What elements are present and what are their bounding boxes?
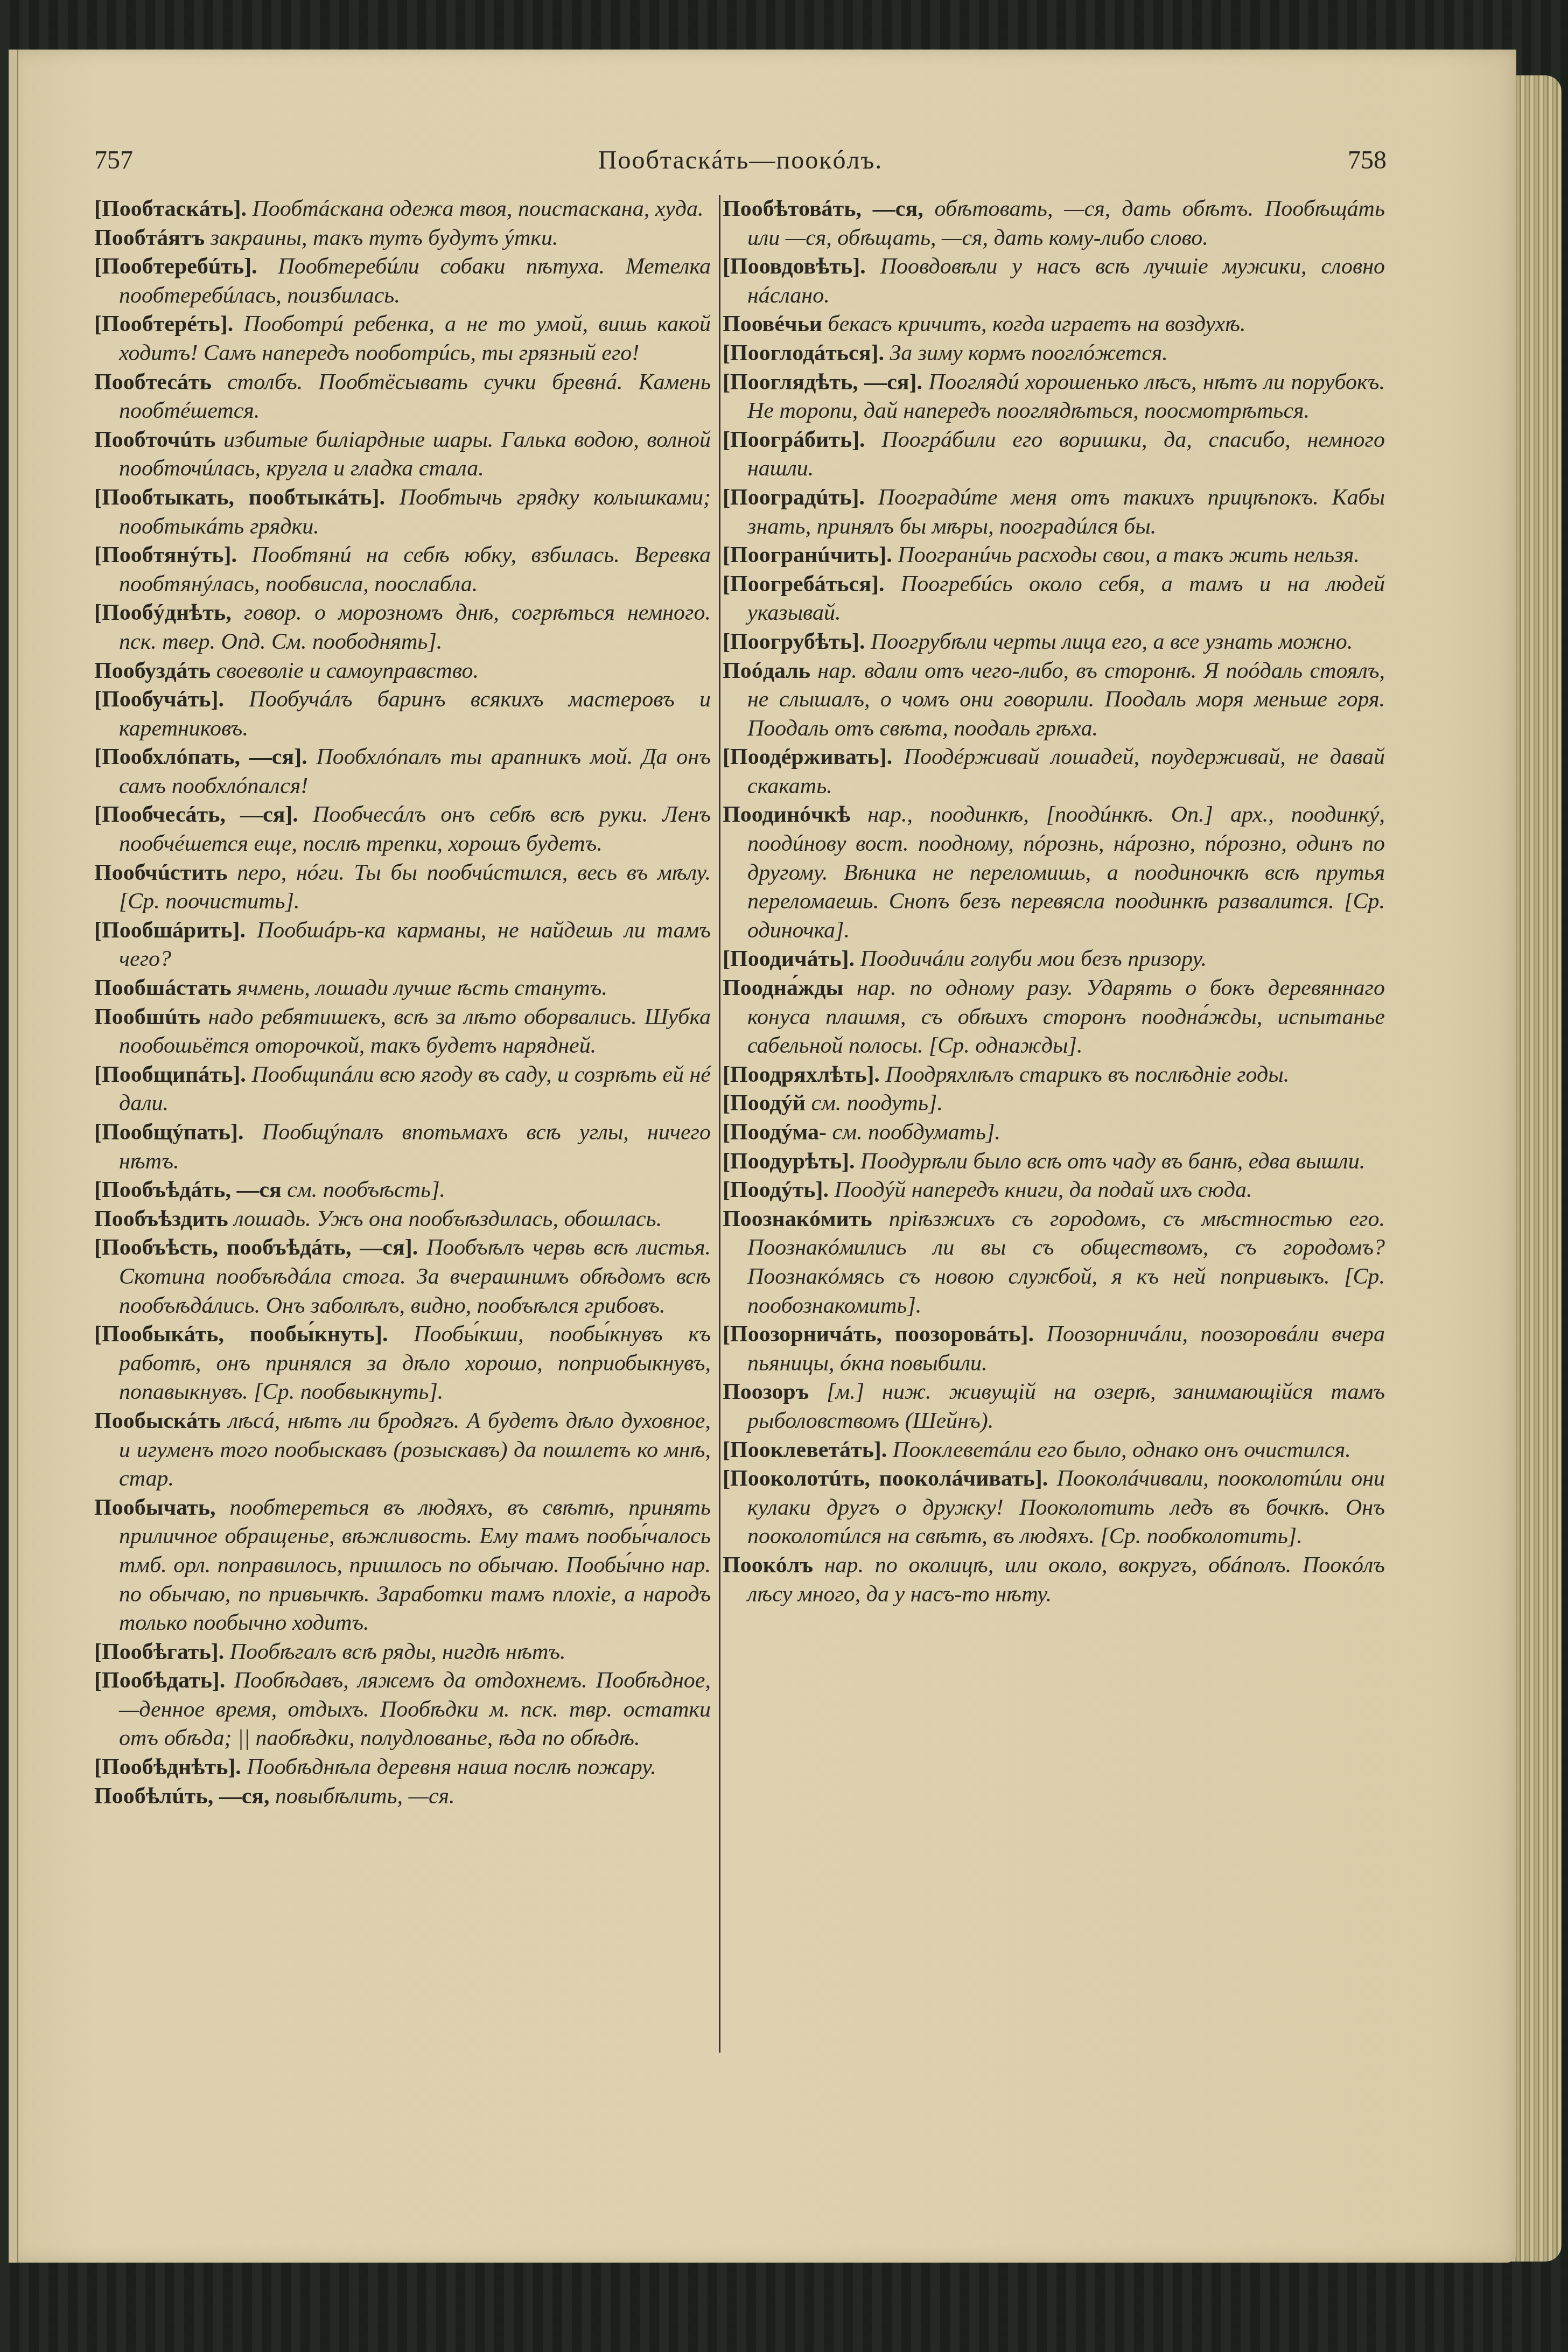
- entry-headword: Поокóлъ: [723, 1553, 813, 1578]
- entry-definition: Поодýй напередъ книги, да подай ихъ сюда…: [835, 1178, 1252, 1202]
- dictionary-entry: [Поодéрживать]. Поодéрживай лошадей, поу…: [723, 743, 1385, 801]
- dictionary-entry: Пообѣтовáть, —ся, обѣтовать, —ся, дать о…: [723, 195, 1385, 253]
- right-column: Пообѣтовáть, —ся, обѣтовать, —ся, дать о…: [723, 195, 1385, 1609]
- dictionary-entry: Поокóлъ нар. по околицѣ, или около, вокр…: [723, 1551, 1385, 1609]
- entry-definition: нар. вдали отъ чего-либо, въ сторонѣ. Я …: [747, 659, 1385, 741]
- entry-definition: своеволіе и самоуправство.: [216, 659, 479, 683]
- entry-headword: [Поoглодáться].: [723, 341, 884, 366]
- entry-definition: Пообтáскана одежа твоя, поистаскана, худ…: [252, 197, 703, 221]
- entry-headword: Пообшúть: [94, 1005, 200, 1030]
- entry-headword: [Поодýй: [723, 1091, 806, 1116]
- dictionary-entry: [Пооколотúть, поокoлáчивать]. Поокoлáчив…: [723, 1465, 1385, 1551]
- dictionary-entry: [Поодýть]. Поодýй напередъ книги, да под…: [723, 1176, 1385, 1205]
- dictionary-entry: Поодна́жды нар. по одному разу. Ударять …: [723, 974, 1385, 1061]
- page-gutter: [9, 50, 18, 2263]
- dictionary-entry: [Пообщýпать]. Пообщýпалъ впотьмахъ всѣ у…: [94, 1118, 711, 1176]
- entry-headword: [Пообтерéть].: [94, 312, 233, 337]
- dictionary-entry: [Пообѣдать]. Пообѣдавъ, ляжемъ да отдохн…: [94, 1667, 711, 1753]
- entry-definition: повыбѣлить, —ся.: [275, 1784, 455, 1809]
- entry-definition: надо ребятишекъ, всѣ за лѣто оборвались.…: [119, 1005, 711, 1059]
- entry-definition: нар. по одному разу. Ударять о бокъ дере…: [747, 976, 1385, 1058]
- entry-headword: Пообуздáть: [94, 659, 211, 683]
- entry-headword: [Поoглядѣть, —ся].: [723, 370, 922, 395]
- dictionary-entry: [Пообýднѣть, говор. о морозномъ днѣ, сог…: [94, 599, 711, 656]
- entry-headword: Пообыскáть: [94, 1409, 221, 1433]
- dictionary-entry: [Поодичáть]. Поодичáли голуби мои безъ п…: [723, 945, 1385, 974]
- dictionary-entry: Пообтесáть столбъ. Пообтёсывать сучки бр…: [94, 368, 711, 426]
- dictionary-entry: [Пообхлóпать, —ся]. Пообхлóпалъ ты арапн…: [94, 743, 711, 801]
- entry-headword: [Поодýть].: [723, 1178, 829, 1202]
- dictionary-entry: [Поoградúть]. Поoградúте меня отъ такихъ…: [723, 484, 1385, 541]
- dictionary-entry: [Пообтянýть]. Пообтянú на себѣ юбку, взб…: [94, 541, 711, 599]
- entry-headword: [Поoгребáться].: [723, 572, 884, 597]
- column-divider: [719, 195, 720, 2053]
- entry-headword: [Пообýднѣть,: [94, 600, 232, 625]
- entry-definition: Поoгранúчь расходы свои, а такъ жить нел…: [898, 543, 1359, 568]
- entry-headword: [Поoгрáбить].: [723, 428, 865, 452]
- entry-headword: [Поодéрживать].: [723, 745, 892, 769]
- dictionary-entry: Пообтáятъ закраины, такъ тутъ будутъ ýтк…: [94, 224, 711, 253]
- left-column: [Пообтаскáть]. Пообтáскана одежа твоя, п…: [94, 195, 711, 1811]
- page-header: 757 Пообтаскáть—поокóлъ. 758: [94, 145, 1387, 188]
- entry-definition: закраины, такъ тутъ будутъ ýтки.: [211, 226, 558, 250]
- entry-definition: Пооклеветáли его было, однако онъ очисти…: [893, 1438, 1351, 1462]
- entry-definition: Поодурѣли было всѣ отъ чаду въ банѣ, едв…: [860, 1149, 1365, 1174]
- entry-headword: Пообъѣздить: [94, 1207, 228, 1231]
- dictionary-entry: Пообъѣздить лошадь. Ужъ она пообъѣздилас…: [94, 1205, 711, 1234]
- dictionary-entry: [Поодурѣть]. Поодурѣли было всѣ отъ чаду…: [723, 1147, 1385, 1177]
- entry-headword: Поознакóмить: [723, 1207, 872, 1231]
- entry-headword: Пообшáстать: [94, 976, 232, 1000]
- dictionary-entry: [Пообтаскáть]. Пообтáскана одежа твоя, п…: [94, 195, 711, 224]
- dictionary-entry: [Пообъѣсть, пообъѣдáть, —ся]. Пообъѣлъ ч…: [94, 1234, 711, 1320]
- entry-definition: бекасъ кричитъ, когда играетъ на воздухѣ…: [828, 312, 1246, 337]
- entry-definition: Поодичáли голуби мои безъ призору.: [860, 947, 1207, 971]
- dictionary-entry: Пообшáстать ячмень, лошади лучше ѣсть ст…: [94, 974, 711, 1003]
- entry-headword: [Пооколотúть, поокoлáчивать].: [723, 1466, 1048, 1491]
- entry-definition: см. поодуть].: [811, 1091, 943, 1116]
- dictionary-entry: [Поозорничáть, поозоровáть]. Поозорничáл…: [723, 1320, 1385, 1378]
- entry-headword: Поóдаль: [723, 659, 810, 683]
- dictionary-entry: Поодинóчкѣ нар., поодинкѣ, [поодúнкѣ. Оп…: [723, 801, 1385, 945]
- dictionary-entry: Поознакóмить пріѣзжихъ съ городомъ, съ м…: [723, 1205, 1385, 1320]
- entry-headword: [Пообхлóпать, —ся].: [94, 745, 307, 769]
- entry-headword: Пообтáятъ: [94, 226, 205, 250]
- entry-headword: [Поодурѣть].: [723, 1149, 855, 1174]
- dictionary-entry: [Поодýй см. поодуть].: [723, 1089, 1385, 1118]
- entry-headword: [Пообтаскáть].: [94, 197, 247, 221]
- entry-headword: [Пообтянýть].: [94, 543, 237, 568]
- entry-definition: [м.] ниж. живущій на озерѣ, занимающійся…: [747, 1380, 1385, 1433]
- dictionary-entry: Пообыскáть лѣсá, нѣтъ ли бродягъ. А буде…: [94, 1407, 711, 1494]
- entry-headword: [Пообчесáть, —ся].: [94, 802, 298, 827]
- dictionary-entry: [Поодряхлѣть]. Поодряхлѣлъ старикъ въ по…: [723, 1061, 1385, 1090]
- dictionary-entry: [Поoгребáться]. Поoгребúсь около себя, а…: [723, 570, 1385, 628]
- entry-headword: [Поодряхлѣть].: [723, 1062, 880, 1087]
- entry-headword: [Поодýма-: [723, 1120, 827, 1145]
- dictionary-entry: [Пообтыкать, пообтыкáть]. Пообтычь грядк…: [94, 484, 711, 541]
- entry-headword: [Пообтыкать, пообтыкáть].: [94, 485, 385, 510]
- entry-headword: [Пооклеветáть].: [723, 1438, 887, 1462]
- dictionary-entry: Поовéчьи бекасъ кричитъ, когда играетъ н…: [723, 310, 1385, 339]
- entry-headword: [Пообщипáть].: [94, 1062, 246, 1087]
- entry-headword: Поодинóчкѣ: [723, 802, 850, 827]
- dictionary-entry: [Пообщипáть]. Пообщипáли всю ягоду въ са…: [94, 1061, 711, 1118]
- dictionary-entry: [Пообтерéть]. Пооботрú ребенка, а не то …: [94, 310, 711, 368]
- entry-headword: [Поoгрубѣть].: [723, 629, 865, 654]
- dictionary-entry: Пообуздáть своеволіе и самоуправство.: [94, 657, 711, 686]
- entry-headword: [Пообыкáть, пообы́кнуть].: [94, 1322, 388, 1347]
- dictionary-entry: [Пооклеветáть]. Пооклеветáли его было, о…: [723, 1436, 1385, 1465]
- dictionary-entry: [Пообѣднѣть]. Пообѣднѣла деревня наша по…: [94, 1753, 711, 1782]
- entry-headword: [Пообучáть].: [94, 687, 224, 712]
- dictionary-entry: [Поoгранúчить]. Поoгранúчь расходы свои,…: [723, 541, 1385, 570]
- entry-definition: Пообѣгалъ всѣ ряды, нигдѣ нѣтъ.: [230, 1640, 566, 1664]
- entry-definition: лошадь. Ужъ она пообъѣздилась, обошлась.: [234, 1207, 662, 1231]
- entry-headword: [Пообъѣдáть, —ся: [94, 1178, 282, 1202]
- dictionary-entry: [Поовдовѣть]. Поовдовѣли у насъ всѣ лучш…: [723, 253, 1385, 310]
- entry-headword: Пообчúстить: [94, 860, 227, 885]
- entry-headword: [Пообѣдать].: [94, 1668, 225, 1693]
- entry-definition: нар. по околицѣ, или около, вокругъ, обá…: [747, 1553, 1385, 1607]
- entry-definition: Пообѣднѣла деревня наша послѣ пожару.: [247, 1755, 656, 1780]
- entry-headword: Пообточúть: [94, 428, 216, 452]
- dictionary-entry: [Поодýма- см. пообдумать].: [723, 1118, 1385, 1147]
- entry-headword: [Поoградúть].: [723, 485, 865, 510]
- dictionary-entry: Пообычать, пообтереться въ людяхъ, въ св…: [94, 1494, 711, 1638]
- dictionary-entry: [Пообтеребúть]. Пообтеребúли собаки пѣту…: [94, 253, 711, 310]
- entry-headword: Пообѣтовáть, —ся,: [723, 197, 923, 221]
- dictionary-entry: [Поoгрубѣть]. Поoгрубѣли черты лица его,…: [723, 628, 1385, 657]
- entry-definition: см. пообъѣсть].: [287, 1178, 445, 1202]
- entry-definition: см. пообдумать].: [832, 1120, 1000, 1145]
- entry-headword: Поодна́жды: [723, 976, 843, 1000]
- entry-headword: [Поодичáть].: [723, 947, 855, 971]
- running-title: Пообтаскáть—поокóлъ.: [94, 145, 1387, 175]
- entry-headword: Пообычать,: [94, 1495, 215, 1520]
- page-number-right: 758: [1348, 145, 1387, 175]
- dictionary-entry: [Пообучáть]. Пообучáлъ баринъ всякихъ ма…: [94, 685, 711, 743]
- entry-headword: Пообтесáть: [94, 370, 212, 395]
- dictionary-entry: [Пообыкáть, пообы́кнуть]. Пообы́кши, поо…: [94, 1320, 711, 1407]
- dictionary-entry: Поозоръ [м.] ниж. живущій на озерѣ, зани…: [723, 1378, 1385, 1436]
- dictionary-entry: Пообточúть избитые биліардные шары. Галь…: [94, 426, 711, 484]
- entry-headword: [Поoгранúчить].: [723, 543, 892, 568]
- dictionary-entry: [Пообчесáть, —ся]. Пообчесáлъ онъ себѣ в…: [94, 801, 711, 858]
- dictionary-entry: [Пообѣгать]. Пообѣгалъ всѣ ряды, нигдѣ н…: [94, 1638, 711, 1667]
- entry-headword: [Пообъѣсть, пообъѣдáть, —ся].: [94, 1235, 418, 1260]
- entry-headword: [Поовдовѣть].: [723, 254, 866, 279]
- dictionary-entry: Пообѣлúть, —ся, повыбѣлить, —ся.: [94, 1782, 711, 1811]
- entry-headword: Пообѣлúть, —ся,: [94, 1784, 270, 1809]
- entry-definition: Поoгрубѣли черты лица его, а все узнать …: [871, 629, 1353, 654]
- dictionary-entry: [Поoглодáться]. За зиму кормъ пооглóжетс…: [723, 339, 1385, 368]
- dictionary-entry: Поóдаль нар. вдали отъ чего-либо, въ сто…: [723, 657, 1385, 744]
- dictionary-entry: [Пообъѣдáть, —ся см. пообъѣсть].: [94, 1176, 711, 1205]
- entry-headword: [Пообщýпать].: [94, 1120, 244, 1145]
- dictionary-entry: Пообчúстить перо, нóги. Ты бы пообчúстил…: [94, 859, 711, 916]
- dictionary-entry: [Пообшáрить]. Пообшáрь-ка карманы, не на…: [94, 916, 711, 974]
- entry-definition: ячмень, лошади лучше ѣсть станутъ.: [237, 976, 607, 1000]
- entry-headword: Поозоръ: [723, 1380, 809, 1404]
- entry-definition: За зиму кормъ пооглóжется.: [890, 341, 1167, 366]
- entry-headword: [Пообѣгать].: [94, 1640, 224, 1664]
- entry-headword: [Поозорничáть, поозоровáть].: [723, 1322, 1034, 1347]
- entry-headword: [Пообшáрить].: [94, 918, 246, 943]
- entry-headword: [Пообтеребúть].: [94, 254, 257, 279]
- dictionary-entry: [Поoглядѣть, —ся]. Поoглядú хорошенько л…: [723, 368, 1385, 426]
- dictionary-entry: Пообшúть надо ребятишекъ, всѣ за лѣто об…: [94, 1003, 711, 1061]
- dictionary-entry: [Поoгрáбить]. Поoгрáбили его воришки, да…: [723, 426, 1385, 484]
- entry-headword: Поовéчьи: [723, 312, 822, 337]
- entry-headword: [Пообѣднѣть].: [94, 1755, 241, 1780]
- entry-definition: Поодряхлѣлъ старикъ въ послѣдніе годы.: [885, 1062, 1289, 1087]
